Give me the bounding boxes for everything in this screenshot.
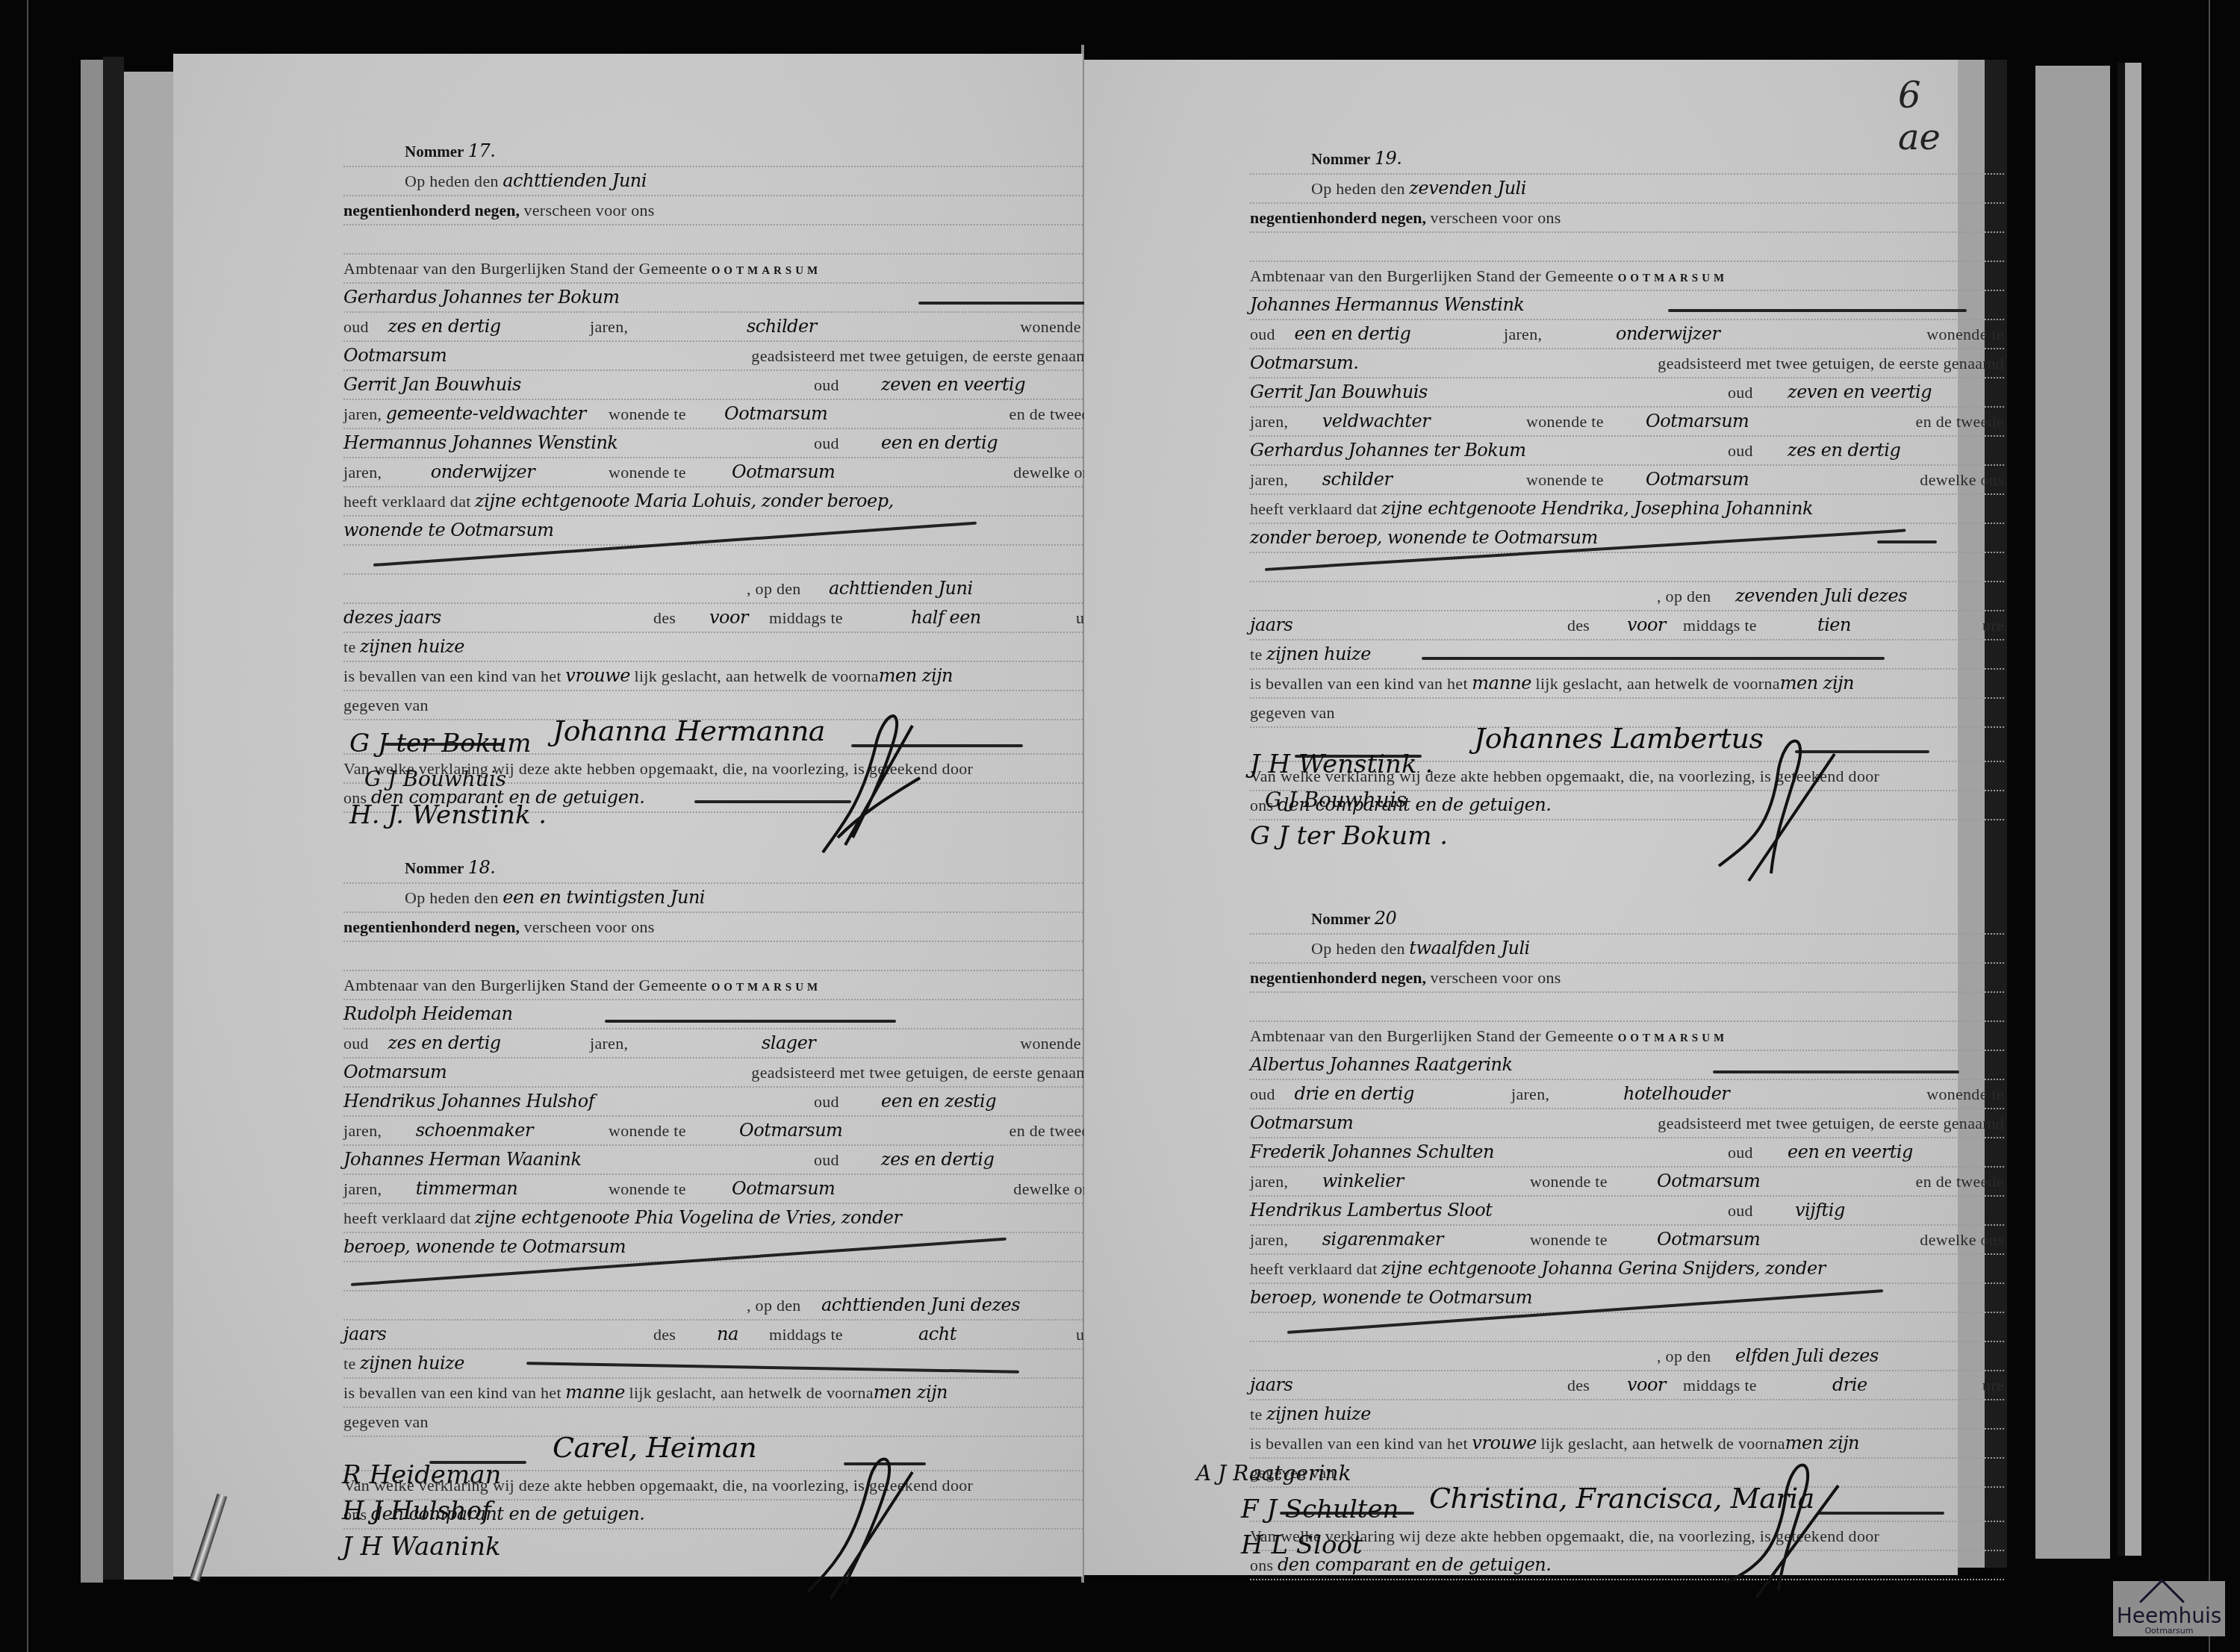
book-edge-left <box>81 60 103 1583</box>
watermark-name: Heemhuis <box>2113 1603 2225 1628</box>
bevallen-label: is bevallen van een kind van het <box>1250 1434 1468 1453</box>
ampm: voor <box>709 604 748 632</box>
statement-line-1: zijne echtgenoote Johanna Gerina Snijder… <box>1381 1258 1826 1279</box>
statement-line-1: zijne echtgenoote Hendrika, Josephina Jo… <box>1381 498 1813 519</box>
signature: G J ter Bokum . <box>1250 818 1448 854</box>
declarant-occupation: onderwijzer <box>1616 320 1720 348</box>
witness1-occupation: winkelier <box>1322 1171 1404 1191</box>
middags-label: middags te <box>1683 611 1757 639</box>
left-page: Nommer 17. Op heden den achttienden Juni… <box>173 54 1083 1577</box>
wonende-label: wonende te <box>609 458 686 486</box>
statement-line-1: zijne echtgenoote Maria Lohuis, zonder b… <box>475 490 894 511</box>
birth-date-cont: jaars <box>1250 1374 1292 1395</box>
voornamen-suffix: men zijn <box>1780 673 1854 693</box>
witness1-name: Gerrit Jan Bouwhuis <box>343 374 521 395</box>
declarant-occupation: schilder <box>747 313 817 340</box>
child-sex: manne <box>1472 673 1531 693</box>
entry-number: 19. <box>1375 148 1402 169</box>
declarant-residence: Ootmarsum <box>1250 1112 1353 1133</box>
geadsisteerd-label: geadsisteerd met twee getuigen, de eerst… <box>751 342 1098 370</box>
declarant-age: zes en dertig <box>388 1032 500 1053</box>
ampm: voor <box>1627 1371 1666 1399</box>
oud-label: oud <box>814 371 839 399</box>
signature: G J Bouwhuis <box>364 761 547 797</box>
witness2-residence: Ootmarsum <box>1657 1226 1760 1253</box>
declarant-name: Gerhardus Johannes ter Bokum <box>343 287 620 308</box>
jaren-label: jaren, <box>1250 1172 1288 1191</box>
des-label: des <box>653 604 676 632</box>
entry-date: een en twintigsten Juni <box>503 887 705 908</box>
middags-label: middags te <box>769 1321 843 1348</box>
witness1-residence: Ootmarsum <box>724 400 827 428</box>
child-names: Johanna Hermanna <box>553 717 825 745</box>
witness2-name: Johannes Herman Waanink <box>343 1149 582 1170</box>
film-edge-right <box>2209 0 2210 1652</box>
nommer-label: Nommer <box>405 859 464 877</box>
witness1-age: een en zestig <box>881 1088 996 1115</box>
jaren-label: jaren, <box>1250 1230 1288 1249</box>
witness2-residence: Ootmarsum <box>732 458 835 486</box>
ampm: voor <box>1627 611 1666 639</box>
te-label: te <box>1250 645 1262 664</box>
voornamen-suffix: men zijn <box>879 665 953 686</box>
verscheen-label: verscheen voor ons <box>523 201 654 219</box>
op-heden-label: Op heden den <box>405 888 499 907</box>
witness1-residence: Ootmarsum <box>1646 408 1749 435</box>
birth-date-cont: dezes jaars <box>343 607 441 628</box>
declarant-age: zes en dertig <box>388 316 500 337</box>
witness1-name: Frederik Johannes Schulten <box>1250 1141 1494 1162</box>
strike-line <box>1877 540 1937 543</box>
birth-hour: acht <box>918 1321 956 1348</box>
signature: F J Schulten <box>1241 1492 1399 1527</box>
op-den-label: , op den <box>747 1291 801 1319</box>
heemhuis-watermark: Heemhuis Ootmarsum <box>2113 1581 2225 1636</box>
ambtenaar-label: Ambtenaar van den Burgerlijken Stand der… <box>1250 266 1614 285</box>
witness1-residence: Ootmarsum <box>739 1117 842 1144</box>
statement-line-2: wonende te Ootmarsum <box>343 520 554 540</box>
birth-date-cont: jaars <box>343 1324 386 1344</box>
child-names: Carel, Heiman <box>553 1434 756 1462</box>
birth-place: zijnen huize <box>1266 1403 1371 1424</box>
entry-19: Nommer 19. Op heden den zevenden Juli ne… <box>1250 143 2004 820</box>
geadsisteerd-label: geadsisteerd met twee getuigen, de eerst… <box>1658 349 2004 377</box>
page-stack-left <box>124 72 173 1580</box>
wonende-label: wonende te <box>609 1117 686 1144</box>
wonende-label: wonende te <box>609 1175 686 1203</box>
oud-label: oud <box>814 1146 839 1173</box>
tweede-label: en de tweede <box>1916 408 2004 435</box>
signature: H. J. Wenstink . <box>349 797 547 833</box>
signature: J H Waanink <box>342 1529 501 1565</box>
jaren-label: jaren, <box>1250 412 1288 431</box>
jaren-label: jaren, <box>590 1029 628 1057</box>
oud-label: oud <box>1250 325 1275 343</box>
oud-label: oud <box>1728 1138 1753 1166</box>
declarant-residence: Ootmarsum <box>343 1062 447 1082</box>
te-label: te <box>343 1354 355 1373</box>
verklaard-label: heeft verklaard dat <box>1250 499 1378 518</box>
registrar-signature <box>785 1442 920 1606</box>
declarant-name: Albertus Johannes Raatgerink <box>1250 1054 1513 1075</box>
witness2-occupation: timmerman <box>416 1178 518 1199</box>
witness2-name: Gerhardus Johannes ter Bokum <box>1250 440 1526 461</box>
oud-label: oud <box>343 1034 369 1053</box>
registrar-signature <box>1711 1441 1846 1605</box>
municipality: OOTMARSUM <box>712 265 822 277</box>
signature: J H Wenstink . <box>1250 746 1448 782</box>
witness1-name: Gerrit Jan Bouwhuis <box>1250 381 1428 402</box>
birth-hour: half een <box>911 604 981 632</box>
witness2-name: Hendrikus Lambertus Sloot <box>1250 1200 1492 1221</box>
signature: H L Sloot <box>1241 1527 1399 1563</box>
wonende-label: wonende te <box>1526 466 1604 493</box>
entry-number: 17. <box>468 140 496 161</box>
wonende-label: wonende te <box>1530 1168 1608 1195</box>
bevallen-label: is bevallen van een kind van het <box>1250 674 1468 693</box>
witness2-age: zes en dertig <box>1788 437 1900 464</box>
declarant-occupation: slager <box>762 1029 815 1057</box>
verscheen-label: verscheen voor ons <box>1430 208 1561 227</box>
entry-number: 18. <box>468 857 496 878</box>
declarant-age: drie en dertig <box>1294 1083 1413 1104</box>
witness-signatures-20: A J Raatgerink F J Schulten H L Sloot <box>1196 1456 1399 1563</box>
op-heden-label: Op heden den <box>1311 939 1405 958</box>
signature: G J Bouwhuis <box>1265 782 1448 818</box>
wonende-label: wonende te <box>1530 1226 1608 1253</box>
nommer-label: Nommer <box>1311 910 1370 928</box>
witness1-occupation: gemeente-veldwachter <box>386 403 586 424</box>
wonende-label: wonende te <box>1926 1080 2004 1108</box>
year-label: negentienhonderd negen, <box>343 917 520 936</box>
strike-line <box>1668 309 1967 312</box>
statement-line-2: beroep, wonende te Ootmarsum <box>1250 1287 1532 1308</box>
op-den-label: , op den <box>1657 1342 1711 1370</box>
birth-date: zevenden Juli dezes <box>1735 582 1907 610</box>
middags-label: middags te <box>769 604 843 632</box>
geslacht-label: lijk geslacht, aan hetwelk de voorna <box>635 667 879 685</box>
witness2-residence: Ootmarsum <box>732 1175 835 1203</box>
witness2-age: vijftig <box>1795 1197 1845 1224</box>
witness2-residence: Ootmarsum <box>1646 466 1749 493</box>
oud-label: oud <box>814 1088 839 1115</box>
verscheen-label: verscheen voor ons <box>523 917 654 936</box>
declarant-occupation: hotelhouder <box>1623 1080 1729 1108</box>
ure-label: ure <box>1982 1371 2004 1399</box>
witness1-age: een en veertig <box>1788 1138 1913 1166</box>
geadsisteerd-label: geadsisteerd met twee getuigen, de eerst… <box>751 1059 1098 1086</box>
signature: G J ter Bokum <box>349 726 547 761</box>
te-label: te <box>1250 1405 1262 1424</box>
gegeven-van-label: gegeven van <box>1250 703 1335 722</box>
film-edge-left <box>27 0 28 1652</box>
year-label: negentienhonderd negen, <box>343 201 520 219</box>
des-label: des <box>1567 611 1590 639</box>
gegeven-van-label: gegeven van <box>343 1412 429 1431</box>
jaren-label: jaren, <box>343 405 382 423</box>
signature: H J Hulshof <box>342 1493 501 1529</box>
birth-date: achttienden Juni <box>829 575 973 602</box>
ure-label: ure <box>1982 611 2004 639</box>
bevallen-label: is bevallen van een kind van het <box>343 667 561 685</box>
jaren-label: jaren, <box>343 1121 382 1140</box>
ambtenaar-label: Ambtenaar van den Burgerlijken Stand der… <box>1250 1026 1614 1045</box>
witness2-age: een en dertig <box>881 429 998 457</box>
witness1-age: zeven en veertig <box>881 371 1025 399</box>
geadsisteerd-label: geadsisteerd met twee getuigen, de eerst… <box>1658 1109 2004 1137</box>
jaren-label: jaren, <box>1250 470 1288 489</box>
entry-date: zevenden Juli <box>1409 178 1526 199</box>
witness1-occupation: veldwachter <box>1322 411 1430 431</box>
witness2-occupation: sigarenmaker <box>1322 1229 1443 1250</box>
jaren-label: jaren, <box>590 313 628 340</box>
jaren-label: jaren, <box>343 1179 382 1198</box>
year-label: negentienhonderd negen, <box>1250 208 1426 227</box>
entry-17: Nommer 17. Op heden den achttienden Juni… <box>343 136 1098 813</box>
witness-signatures-17: G J ter Bokum G J Bouwhuis H. J. Wenstin… <box>349 726 547 833</box>
witness2-occupation: onderwijzer <box>431 461 535 482</box>
municipality: OOTMARSUM <box>1618 272 1729 284</box>
strike-line <box>1422 657 1885 660</box>
birth-place: zijnen huize <box>360 1353 464 1374</box>
entry-number: 20 <box>1375 908 1397 929</box>
statement-line-1: zijne echtgenoote Phia Vogelina de Vries… <box>475 1207 901 1228</box>
ambtenaar-label: Ambtenaar van den Burgerlijken Stand der… <box>343 976 707 994</box>
nommer-label: Nommer <box>405 143 464 160</box>
witness1-name: Hendrikus Johannes Hulshof <box>343 1091 594 1112</box>
verklaard-label: heeft verklaard dat <box>343 492 471 511</box>
ampm: na <box>717 1321 738 1348</box>
registrar-signature <box>793 696 927 860</box>
statement-line-2: beroep, wonende te Ootmarsum <box>343 1236 626 1257</box>
cover-line-right <box>2118 63 2125 1556</box>
geslacht-label: lijk geslacht, aan hetwelk de voorna <box>1536 674 1780 693</box>
statement-line-2: zonder beroep, wonende te Ootmarsum <box>1250 527 1598 548</box>
dewelke-label: dewelke ons <box>1920 1226 2004 1253</box>
birth-hour: drie <box>1832 1371 1867 1399</box>
entry-date: achttienden Juni <box>503 170 647 191</box>
te-label: te <box>343 638 355 656</box>
wonende-label: wonende te <box>1526 408 1604 435</box>
nommer-label: Nommer <box>1311 150 1370 168</box>
jaren-label: jaren, <box>343 463 382 481</box>
strike-line <box>1713 1070 1959 1073</box>
witness-signatures-19: J H Wenstink . G J Bouwhuis G J ter Boku… <box>1250 746 1448 854</box>
child-sex: manne <box>565 1382 625 1403</box>
witness2-name: Hermannus Johannes Wenstink <box>343 432 617 453</box>
oud-label: oud <box>343 317 369 336</box>
verklaard-label: heeft verklaard dat <box>1250 1259 1378 1278</box>
oud-label: oud <box>1728 437 1753 464</box>
child-sex: vrouwe <box>1472 1433 1537 1453</box>
birth-hour: tien <box>1817 611 1851 639</box>
birth-date: achttienden Juni dezes <box>821 1291 1020 1319</box>
birth-date: elfden Juli dezes <box>1735 1342 1879 1370</box>
witness1-residence: Ootmarsum <box>1657 1168 1760 1195</box>
municipality: OOTMARSUM <box>1618 1032 1729 1044</box>
strike-line <box>918 302 1090 305</box>
voornamen-suffix: men zijn <box>874 1382 948 1403</box>
strike-line <box>526 1362 1019 1374</box>
signature: R Heideman <box>342 1457 501 1493</box>
witness2-age: zes en dertig <box>881 1146 994 1173</box>
registrar-signature <box>1704 724 1838 888</box>
des-label: des <box>653 1321 676 1348</box>
oud-label: oud <box>1250 1085 1275 1103</box>
jaren-label: jaren, <box>1511 1080 1549 1108</box>
middags-label: middags te <box>1683 1371 1757 1399</box>
jaren-label: jaren, <box>1504 320 1542 348</box>
verklaard-label: heeft verklaard dat <box>343 1209 471 1227</box>
declarant-name: Johannes Hermannus Wenstink <box>1250 294 1524 315</box>
declarant-age: een en dertig <box>1294 323 1410 344</box>
dewelke-label: dewelke ons <box>1920 466 2004 493</box>
oud-label: oud <box>1728 1197 1753 1224</box>
birth-place: zijnen huize <box>360 636 464 657</box>
right-page: 6 ae Nommer 19. Op heden den zevenden Ju… <box>1084 60 1958 1575</box>
declarant-residence: Ootmarsum <box>343 345 447 366</box>
wonende-label: wonende te <box>609 400 686 428</box>
witness2-occupation: schilder <box>1322 469 1393 490</box>
strike-line <box>605 1020 896 1023</box>
declarant-name: Rudolph Heideman <box>343 1003 512 1024</box>
child-sex: vrouwe <box>565 665 630 686</box>
witness-signatures-18: R Heideman H J Hulshof J H Waanink <box>342 1457 501 1565</box>
book-spine-left <box>103 57 124 1580</box>
op-den-label: , op den <box>1657 582 1711 610</box>
birth-place: zijnen huize <box>1266 643 1371 664</box>
ambtenaar-label: Ambtenaar van den Burgerlijken Stand der… <box>343 259 707 278</box>
op-heden-label: Op heden den <box>1311 179 1405 198</box>
oud-label: oud <box>814 429 839 457</box>
gegeven-van-label: gegeven van <box>343 696 429 714</box>
birth-date-cont: jaars <box>1250 614 1292 635</box>
op-den-label: , op den <box>747 575 801 602</box>
watermark-place: Ootmarsum <box>2113 1626 2225 1636</box>
municipality: OOTMARSUM <box>712 982 822 994</box>
witness1-age: zeven en veertig <box>1788 378 1932 406</box>
tweede-label: en de tweede <box>1916 1168 2004 1195</box>
verscheen-label: verscheen voor ons <box>1430 968 1561 987</box>
year-label: negentienhonderd negen, <box>1250 968 1426 987</box>
entry-date: twaalfden Juli <box>1409 938 1529 959</box>
op-heden-label: Op heden den <box>405 172 499 190</box>
bevallen-label: is bevallen van een kind van het <box>343 1383 561 1402</box>
declarant-residence: Ootmarsum. <box>1250 352 1358 373</box>
oud-label: oud <box>1728 378 1753 406</box>
geslacht-label: lijk geslacht, aan hetwelk de voorna <box>629 1383 874 1402</box>
witness1-occupation: schoenmaker <box>416 1120 533 1141</box>
signature: A J Raatgerink <box>1196 1456 1399 1492</box>
cover-edge-right <box>2125 63 2141 1556</box>
entry-18: Nommer 18. Op heden den een en twintigst… <box>343 853 1098 1530</box>
des-label: des <box>1567 1371 1590 1399</box>
book-cover-right <box>2035 66 2110 1559</box>
wonende-label: wonende te <box>1926 320 2004 348</box>
